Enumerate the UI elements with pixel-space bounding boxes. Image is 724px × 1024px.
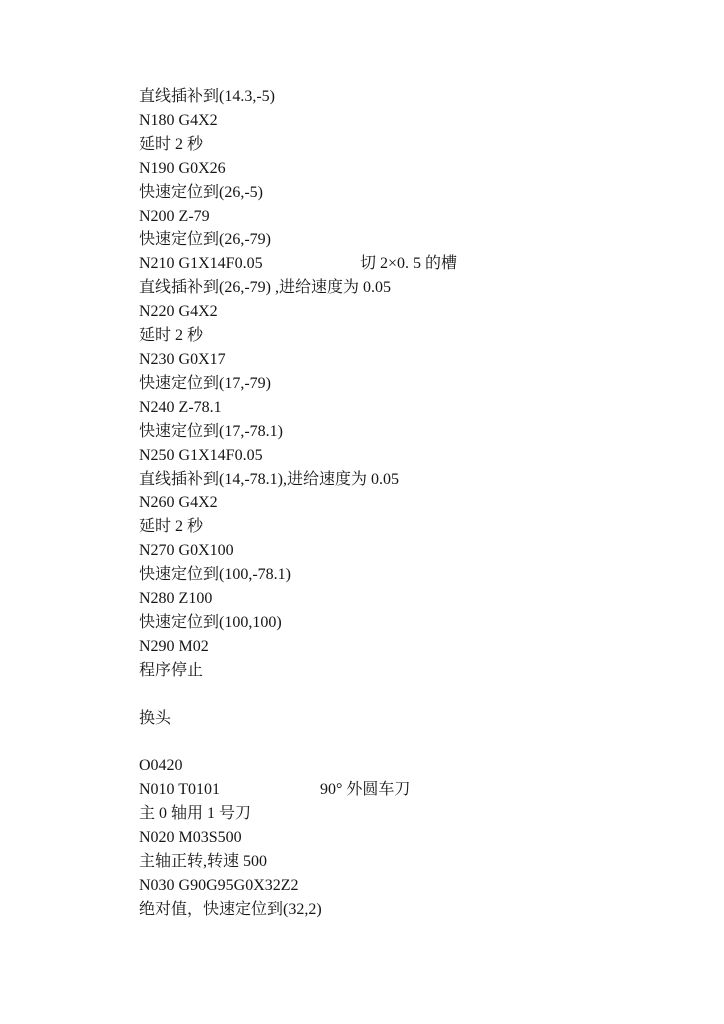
line-text [139,683,143,707]
line-text: 绝对值，快速定位到(32,2) [139,898,322,922]
document-line: 程序停止 [139,659,619,683]
line-text: 直线插补到(14.3,-5) [139,85,275,109]
document-line: N200 Z-79 [139,205,619,229]
line-text: 延时 2 秒 [139,133,203,157]
line-text: N240 Z-78.1 [139,396,222,420]
document-line: 换头 [139,707,619,731]
document-line: 主轴正转,转速 500 [139,850,619,874]
line-text: 主轴正转,转速 500 [139,850,267,874]
document-page: 直线插补到(14.3,-5)N180 G4X2延时 2 秒N190 G0X26快… [0,0,724,1024]
line-comment: 切 2×0. 5 的槽 [360,252,457,276]
document-line: 快速定位到(17,-78.1) [139,420,619,444]
document-line: 直线插补到(14.3,-5) [139,85,619,109]
document-line: N210 G1X14F0.05切 2×0. 5 的槽 [139,252,619,276]
document-line: 直线插补到(26,-79) ,进给速度为 0.05 [139,276,619,300]
line-text: N280 Z100 [139,587,212,611]
line-text: 快速定位到(100,100) [139,611,282,635]
document-line: N250 G1X14F0.05 [139,444,619,468]
line-text: 直线插补到(26,-79) ,进给速度为 0.05 [139,276,391,300]
line-text: N200 Z-79 [139,205,210,229]
line-text: N270 G0X100 [139,539,234,563]
line-text: N220 G4X2 [139,300,218,324]
document-line: 主 0 轴用 1 号刀 [139,802,619,826]
line-text: 程序停止 [139,659,203,683]
line-text: 延时 2 秒 [139,324,203,348]
line-text: N250 G1X14F0.05 [139,444,263,468]
document-line: 延时 2 秒 [139,324,619,348]
line-text: 直线插补到(14,-78.1),进给速度为 0.05 [139,468,399,492]
line-text: 快速定位到(26,-79) [139,228,271,252]
document-line: N270 G0X100 [139,539,619,563]
line-text: 快速定位到(100,-78.1) [139,563,291,587]
line-text: N190 G0X26 [139,157,226,181]
line-text: 快速定位到(17,-79) [139,372,271,396]
line-text: N260 G4X2 [139,491,218,515]
document-line: N220 G4X2 [139,300,619,324]
document-line: N290 M02 [139,635,619,659]
document-line: N010 T010190° 外圆车刀 [139,778,619,802]
document-line: 快速定位到(26,-5) [139,181,619,205]
document-line: N180 G4X2 [139,109,619,133]
line-text [139,730,143,754]
line-comment: 90° 外圆车刀 [320,778,410,802]
line-text: 延时 2 秒 [139,515,203,539]
line-text: 主 0 轴用 1 号刀 [139,802,251,826]
document-content: 直线插补到(14.3,-5)N180 G4X2延时 2 秒N190 G0X26快… [139,85,619,922]
line-text: N030 G90G95G0X32Z2 [139,874,299,898]
document-line: N190 G0X26 [139,157,619,181]
line-text: N010 T0101 [139,778,220,802]
line-text: 快速定位到(17,-78.1) [139,420,283,444]
document-line: 绝对值，快速定位到(32,2) [139,898,619,922]
document-line: 直线插补到(14,-78.1),进给速度为 0.05 [139,468,619,492]
document-line: O0420 [139,754,619,778]
document-line: N020 M03S500 [139,826,619,850]
line-text: N290 M02 [139,635,209,659]
line-text: 快速定位到(26,-5) [139,181,263,205]
document-line: 延时 2 秒 [139,515,619,539]
document-line: N230 G0X17 [139,348,619,372]
line-text: 换头 [139,707,171,731]
document-line [139,730,619,754]
line-text: N020 M03S500 [139,826,242,850]
document-line: N260 G4X2 [139,491,619,515]
document-line: 快速定位到(26,-79) [139,228,619,252]
document-line: N240 Z-78.1 [139,396,619,420]
line-text: N180 G4X2 [139,109,218,133]
document-line: 快速定位到(100,-78.1) [139,563,619,587]
document-line: 快速定位到(100,100) [139,611,619,635]
document-line [139,683,619,707]
line-text: O0420 [139,754,183,778]
line-text: N230 G0X17 [139,348,226,372]
document-line: N030 G90G95G0X32Z2 [139,874,619,898]
line-text: N210 G1X14F0.05 [139,252,263,276]
document-line: 快速定位到(17,-79) [139,372,619,396]
document-line: N280 Z100 [139,587,619,611]
document-line: 延时 2 秒 [139,133,619,157]
